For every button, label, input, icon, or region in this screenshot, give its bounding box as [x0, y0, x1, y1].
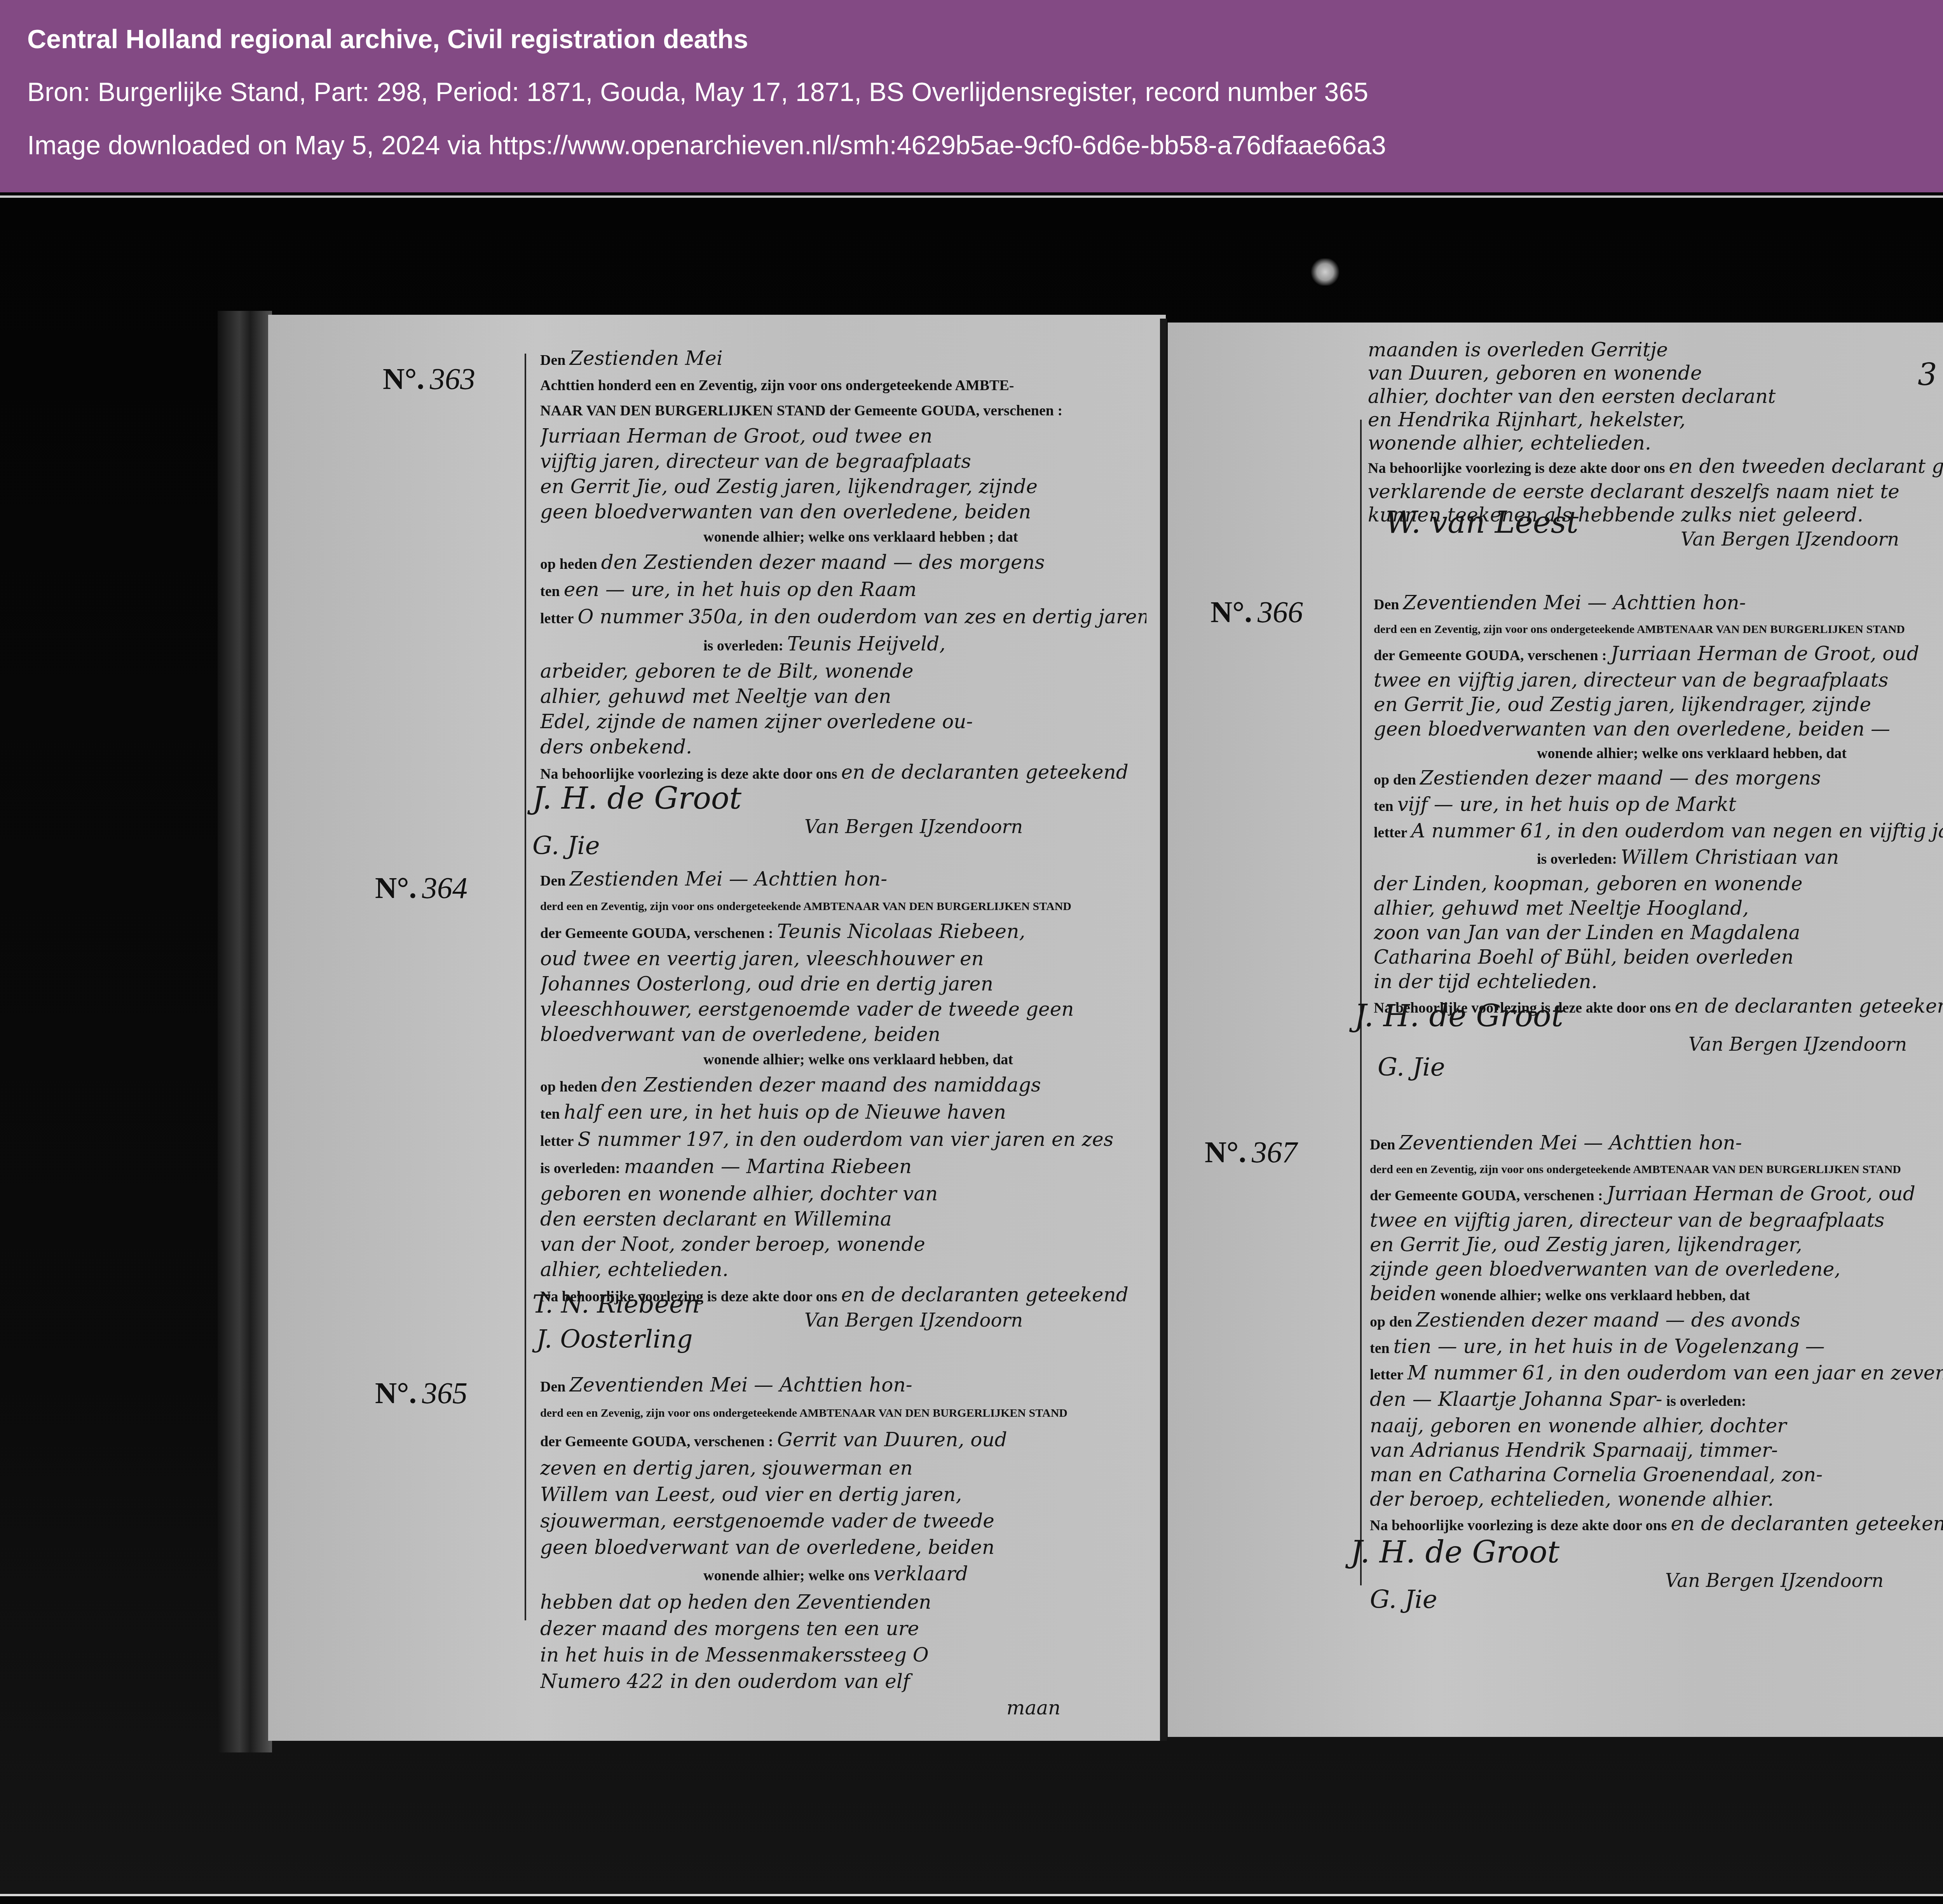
record-number-365: N°.365: [375, 1376, 467, 1411]
signature-registrar: Van Bergen IJzendoorn: [804, 1309, 1023, 1331]
signature-de-groot: J. H. de Groot: [1350, 1535, 1559, 1570]
dust-speck: [1310, 258, 1341, 286]
signature-de-groot: J. H. de Groot: [1354, 999, 1563, 1034]
book-edge-left: [218, 311, 272, 1752]
record-363: Den Zestienden Mei Achttien honderd een …: [540, 346, 1146, 787]
record-number-367: N°.367: [1205, 1135, 1297, 1170]
record-367: Den Zeventienden Mei — Achttien hon- der…: [1370, 1131, 1943, 1538]
signature-riebeen: T. N. Riebeen: [532, 1290, 700, 1319]
record-number-363: N°.363: [383, 361, 475, 396]
record-number-364: N°.364: [375, 870, 467, 905]
record-364: Den Zestienden Mei — Achttien hon- derd …: [540, 867, 1146, 1309]
signature-jie: G. Jie: [532, 832, 600, 860]
signature-jie: G. Jie: [1370, 1585, 1437, 1614]
scan-bottom-edge: [0, 1894, 1943, 1896]
signature-registrar: Van Bergen IJzendoorn: [804, 816, 1023, 838]
record-number-366: N°.366: [1210, 595, 1303, 629]
download-note: Image downloaded on May 5, 2024 via http…: [27, 130, 1386, 160]
register-page-left: N°.363 Den Zestienden Mei Achttien honde…: [268, 315, 1166, 1741]
archive-title: Central Holland regional archive, Civil …: [27, 24, 748, 54]
record-365: Den Zeventienden Mei — Achttien hon- der…: [540, 1372, 1146, 1721]
register-page-right: maanden is overleden Gerritje van Duuren…: [1168, 323, 1943, 1737]
margin-note: 3 B. V.: [1918, 357, 1943, 392]
archive-header: Central Holland regional archive, Civil …: [0, 0, 1943, 192]
signature-jie: G. Jie: [1378, 1053, 1445, 1082]
margin-rule: [525, 354, 526, 1620]
signature-registrar: Van Bergen IJzendoorn: [1681, 528, 1899, 550]
signature-registrar: Van Bergen IJzendoorn: [1665, 1570, 1884, 1592]
signature-de-groot: J. H. de Groot: [532, 781, 741, 816]
record-366: Den Zeventienden Mei — Achttien hon- der…: [1374, 591, 1943, 1020]
source-citation: Bron: Burgerlijke Stand, Part: 298, Peri…: [27, 77, 1368, 107]
signature-oosterling: J. Oosterling: [536, 1325, 693, 1354]
signature-van-leest: W. van Leest: [1385, 505, 1578, 540]
record-365-continuation: maanden is overleden Gerritje van Duuren…: [1368, 338, 1943, 527]
signature-registrar: Van Bergen IJzendoorn: [1688, 1034, 1907, 1055]
book-gutter: [1160, 319, 1167, 1741]
